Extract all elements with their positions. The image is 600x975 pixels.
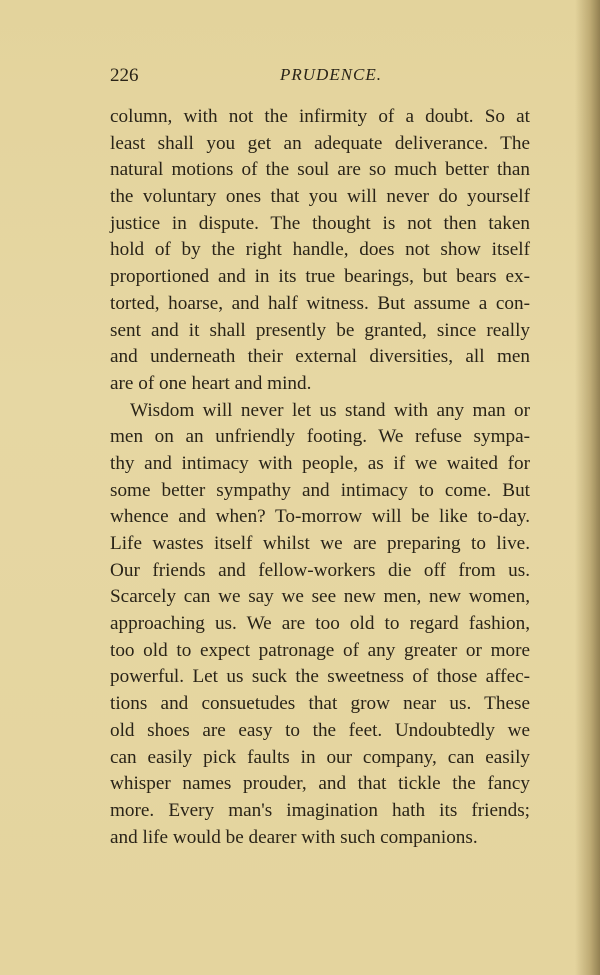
text-line: and underneath their external diversitie… xyxy=(110,344,530,371)
text-line: proportioned and in its true bearings, b… xyxy=(110,264,530,291)
paragraph-1: column, with not the infirmity of a doub… xyxy=(110,104,530,398)
text-line: whence and when? To-morrow will be like … xyxy=(110,504,530,531)
text-line: column, with not the infirmity of a doub… xyxy=(110,104,530,131)
text-line: justice in dispute. The thought is not t… xyxy=(110,211,530,238)
text-line: sent and it shall presently be granted, … xyxy=(110,318,530,345)
paragraph-2: Wisdom will never let us stand with any … xyxy=(110,398,530,852)
page-number: 226 xyxy=(110,65,139,87)
text-line: old shoes are easy to the feet. Undoubte… xyxy=(110,718,530,745)
text-line: too old to expect patronage of any great… xyxy=(110,638,530,665)
book-page: 226 PRUDENCE. column, with not the infir… xyxy=(0,0,600,975)
text-line: Wisdom will never let us stand with any … xyxy=(110,398,530,425)
page-header: 226 PRUDENCE. xyxy=(110,65,530,91)
text-line: thy and intimacy with people, as if we w… xyxy=(110,451,530,478)
text-line: some better sympathy and intimacy to com… xyxy=(110,478,530,505)
text-line: powerful. Let us suck the sweetness of t… xyxy=(110,664,530,691)
text-line: Our friends and fellow-workers die off f… xyxy=(110,558,530,585)
text-line: natural motions of the soul are so much … xyxy=(110,157,530,184)
text-line: can easily pick faults in our company, c… xyxy=(110,745,530,772)
text-line: hold of by the right handle, does not sh… xyxy=(110,237,530,264)
text-line: approaching us. We are too old to regard… xyxy=(110,611,530,638)
text-line: Life wastes itself whilst we are prepari… xyxy=(110,531,530,558)
running-head: PRUDENCE. xyxy=(280,65,382,85)
text-line: whisper names prouder, and that tickle t… xyxy=(110,771,530,798)
text-line: least shall you get an adequate delivera… xyxy=(110,131,530,158)
body-text: column, with not the infirmity of a doub… xyxy=(110,104,530,851)
text-line: men on an unfriendly footing. We refuse … xyxy=(110,424,530,451)
text-line: torted, hoarse, and half witness. But as… xyxy=(110,291,530,318)
text-line: more. Every man's imagination hath its f… xyxy=(110,798,530,825)
text-line: tions and consuetudes that grow near us.… xyxy=(110,691,530,718)
text-line: are of one heart and mind. xyxy=(110,371,530,398)
text-line: the voluntary ones that you will never d… xyxy=(110,184,530,211)
text-line: and life would be dearer with such compa… xyxy=(110,825,530,852)
text-line: Scarcely can we say we see new men, new … xyxy=(110,584,530,611)
